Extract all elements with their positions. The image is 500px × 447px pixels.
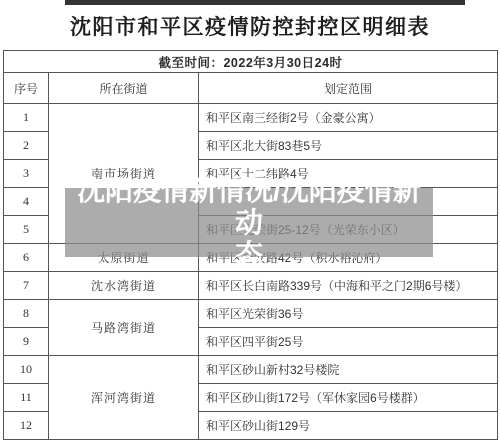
page-title: 沈阳市和平区疫情防控封控区明细表 — [0, 11, 500, 41]
table-row: 10 浑河湾街道 和平区砂山新村32号楼院 — [4, 356, 498, 384]
table-header-row: 序号 所在街道 划定范围 — [4, 73, 498, 104]
seq-cell: 11 — [4, 384, 49, 412]
range-cell: 和平区南三经街2号（金豪公寓） — [199, 104, 498, 132]
top-border-bar — [65, 0, 465, 5]
street-cell-shenshuiwan: 沈水湾街道 — [49, 272, 199, 300]
range-cell: 和平区光荣街36号 — [199, 300, 498, 328]
range-cell: 和平区四平街25号 — [199, 328, 498, 356]
range-cell: 和平区砂山新村32号楼院 — [199, 356, 498, 384]
seq-cell: 9 — [4, 328, 49, 356]
as-of-time-label: 截至时间：2022年3月30日24时 — [4, 51, 498, 73]
seq-cell: 1 — [4, 104, 49, 132]
seq-cell: 2 — [4, 132, 49, 160]
table-row: 7 沈水湾街道 和平区长白南路339号（中海和平之门2期6号楼） — [4, 272, 498, 300]
watermark-overlay: 沈阳疫情新情况/沈阳疫情新动 态 — [65, 188, 433, 257]
street-cell-maluwan: 马路湾街道 — [49, 300, 199, 356]
seq-cell: 12 — [4, 412, 49, 440]
range-cell: 和平区北大街83巷5号 — [199, 132, 498, 160]
column-header-street: 所在街道 — [49, 73, 199, 104]
column-header-range: 划定范围 — [199, 73, 498, 104]
column-header-seq: 序号 — [4, 73, 49, 104]
table-subtitle-row: 截至时间：2022年3月30日24时 — [4, 51, 498, 73]
range-cell: 和平区砂山街172号（军休家园6号楼群） — [199, 384, 498, 412]
table-row: 8 马路湾街道 和平区光荣街36号 — [4, 300, 498, 328]
seq-cell: 8 — [4, 300, 49, 328]
watermark-line1: 沈阳疫情新情况/沈阳疫情新动 — [65, 175, 433, 239]
article-screenshot: 沈阳市和平区疫情防控封控区明细表 截至时间：2022年3月30日24时 序号 所… — [0, 0, 500, 447]
seq-cell: 5 — [4, 216, 49, 244]
seq-cell: 4 — [4, 188, 49, 216]
watermark-line2: 态 — [65, 239, 433, 271]
range-cell: 和平区长白南路339号（中海和平之门2期6号楼） — [199, 272, 498, 300]
seq-cell: 6 — [4, 244, 49, 272]
seq-cell: 10 — [4, 356, 49, 384]
seq-cell: 3 — [4, 160, 49, 188]
watermark-text: 沈阳疫情新情况/沈阳疫情新动 态 — [65, 175, 433, 271]
table-row: 1 南市场街道 和平区南三经街2号（金豪公寓） — [4, 104, 498, 132]
seq-cell: 7 — [4, 272, 49, 300]
street-cell-hunhewan: 浑河湾街道 — [49, 356, 199, 440]
range-cell: 和平区砂山街129号 — [199, 412, 498, 440]
